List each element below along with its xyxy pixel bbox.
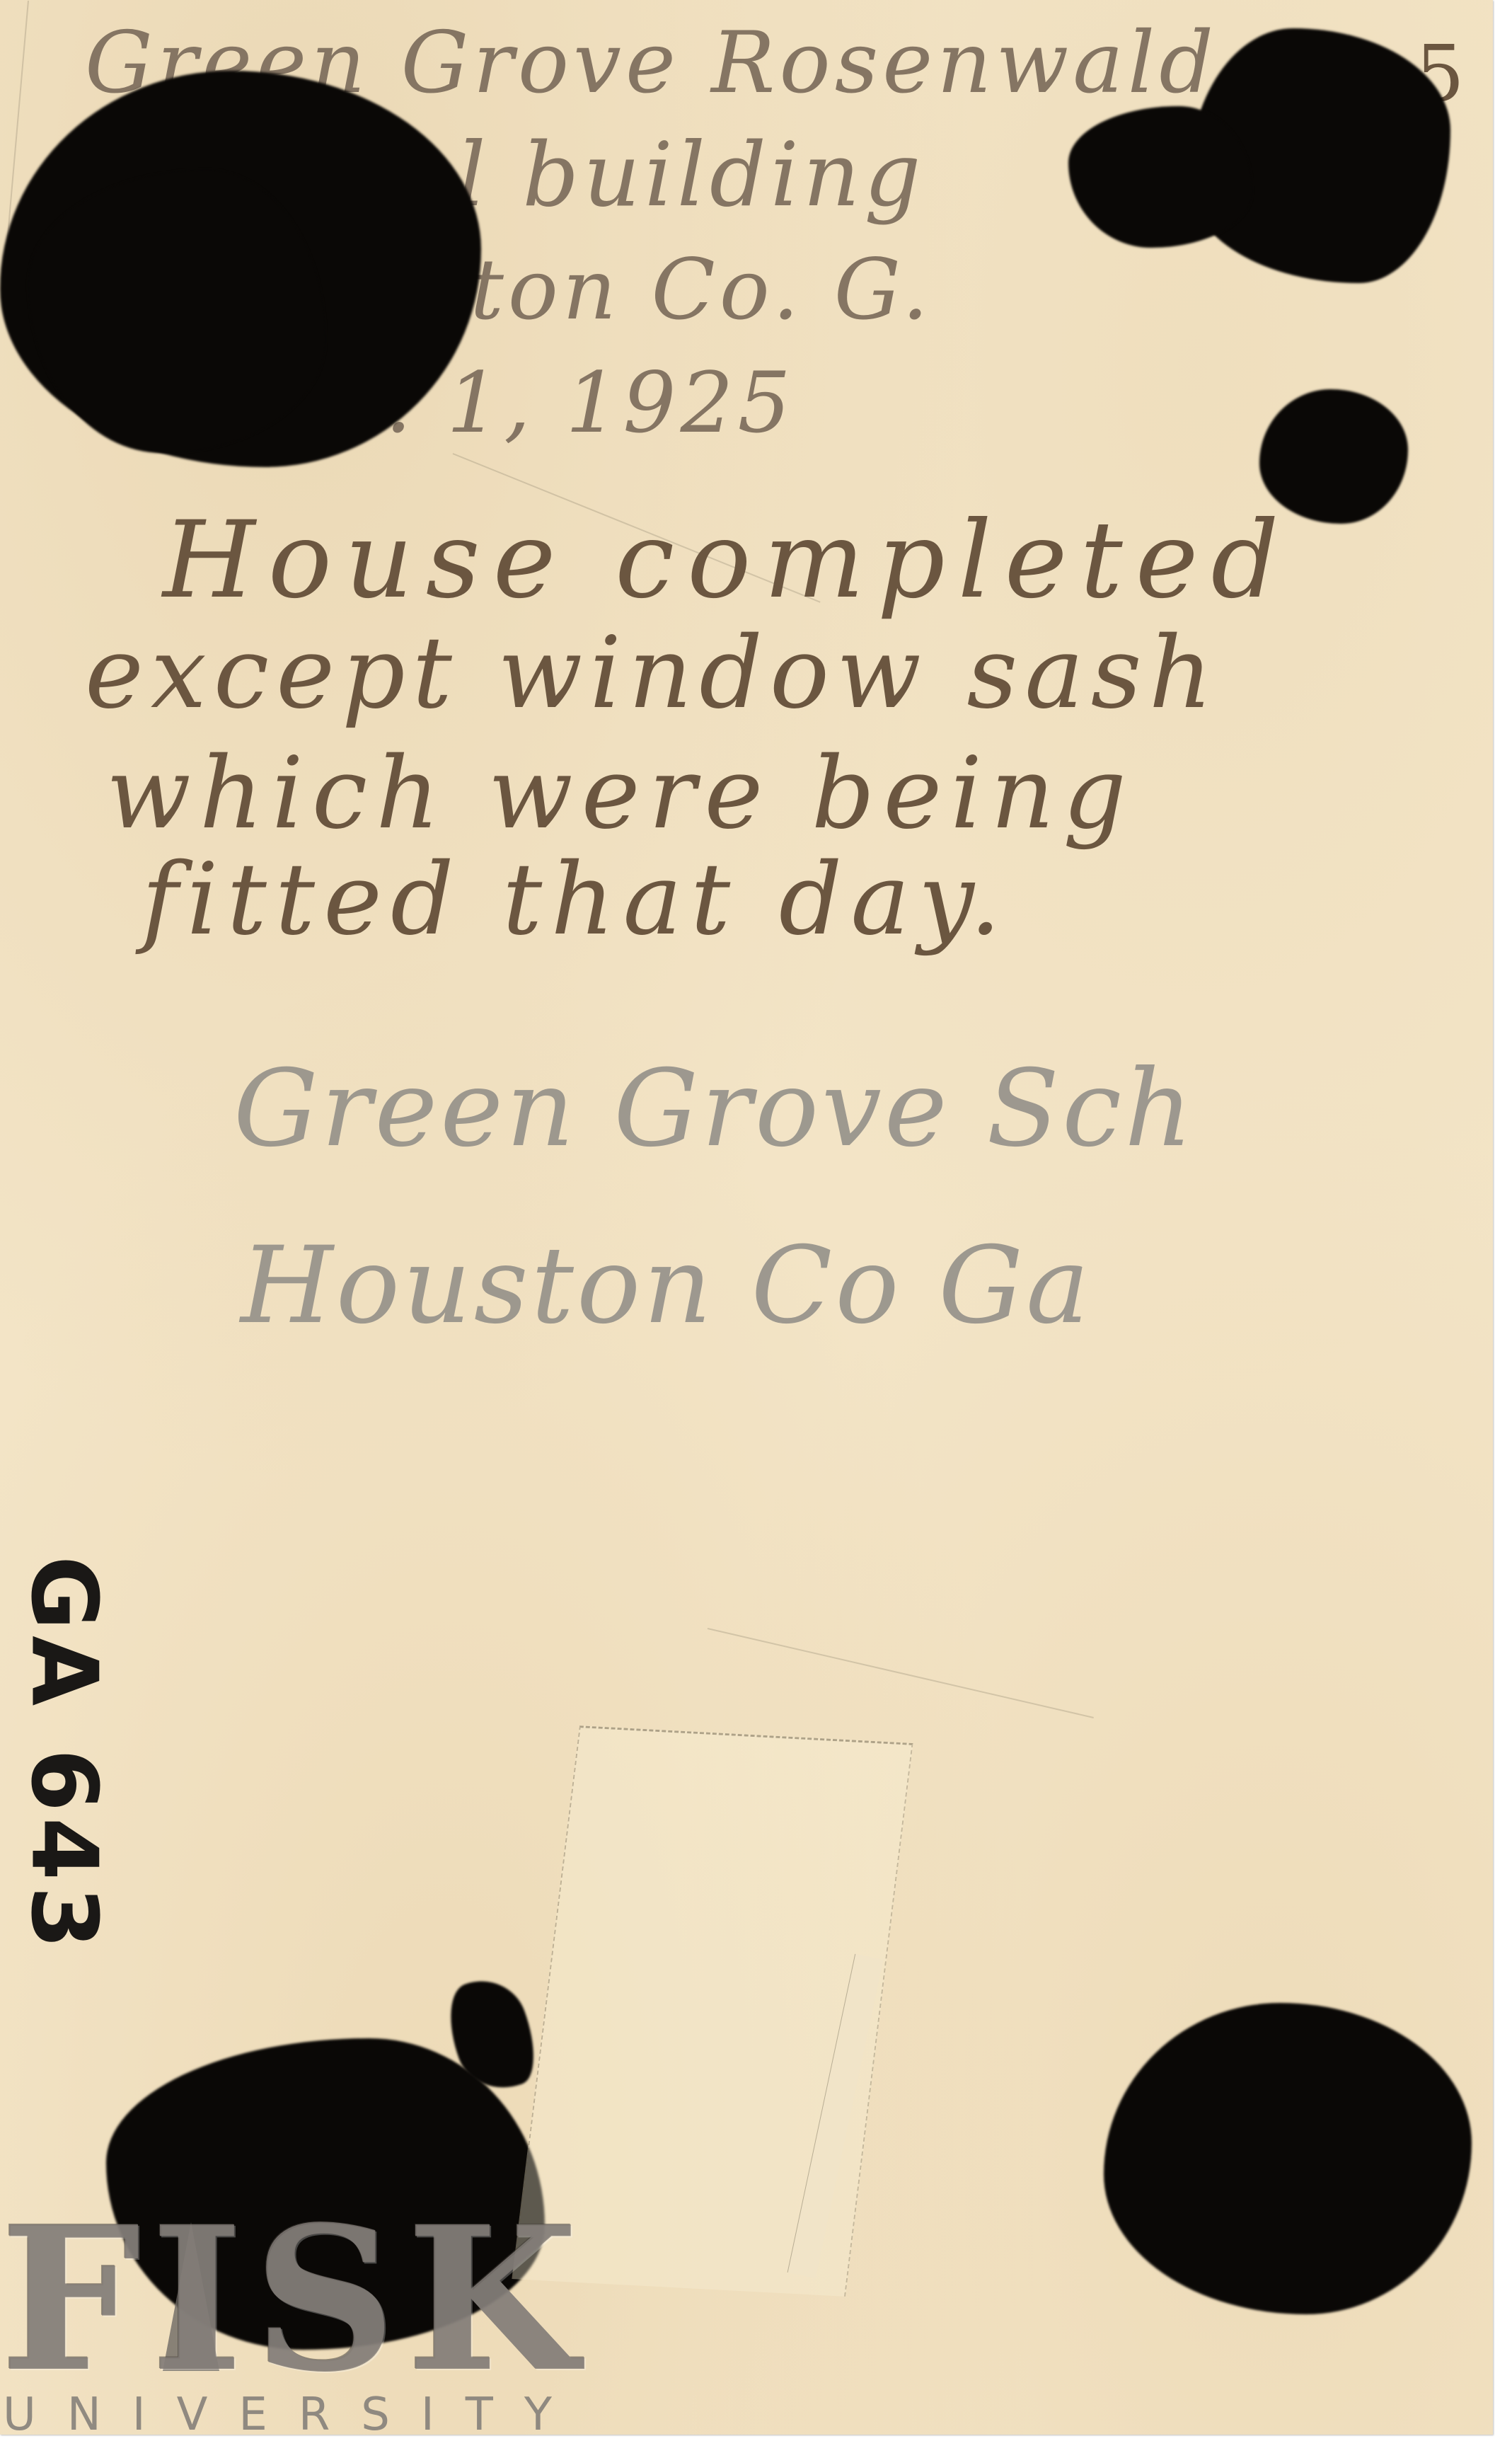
catalog-number-text: GA 643	[11, 1556, 117, 1955]
catalog-number-label: GA 643	[21, 1557, 106, 1953]
ink-body-line-4: fitted that day.	[142, 842, 1010, 958]
ink-body-line-2: except window sash	[85, 616, 1220, 731]
adhesive-residue-top-right-lobe	[1068, 106, 1252, 248]
ink-body-line-1: House completed	[163, 499, 1292, 622]
fisk-university-watermark: FISK UNIVERSITY	[0, 2208, 559, 2435]
pencil-line-2: Houston Co Ga	[241, 1224, 1092, 1348]
adhesive-residue-right	[1259, 389, 1408, 524]
ink-body-line-3: which were being	[106, 736, 1135, 851]
watermark-main-text: FISK	[0, 2208, 588, 2392]
watermark-sub-text: UNIVERSITY	[3, 2389, 583, 2441]
adhesive-residue-top-left-lobe	[28, 170, 325, 453]
adhesive-residue-bottom-right	[1104, 2003, 1472, 2314]
pencil-line-1: Green Grove Sch	[233, 1047, 1196, 1171]
